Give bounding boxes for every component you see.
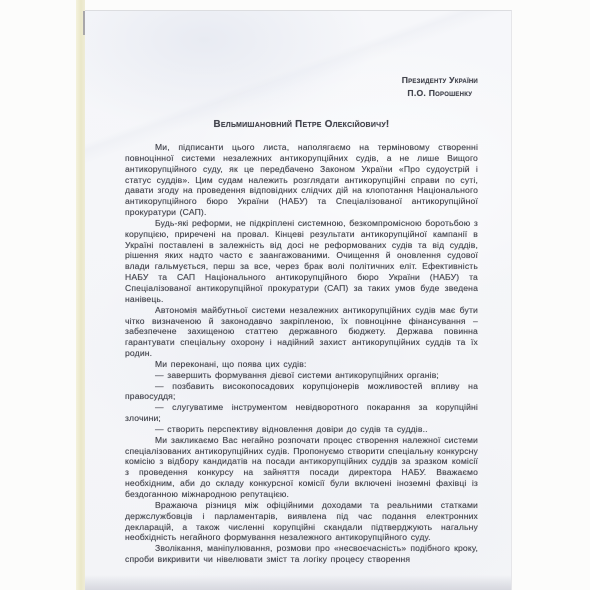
letter-page: Президенту України П.О. Порошенку Вельми… [85, 10, 512, 590]
addressee-line-2: П.О. Порошенку [402, 87, 478, 100]
page-bottom-shadow [85, 575, 511, 590]
paragraph-5: Вражаюча різниця між офіційними доходами… [125, 500, 478, 543]
paragraph-1: Ми, підписанти цього листа, наполягаємо … [125, 142, 478, 218]
bullet-item-4: — створить перспективу відновлення довір… [125, 424, 478, 435]
letter-body: Президенту України П.О. Порошенку Вельми… [125, 11, 478, 565]
page-edge-scan-mark [83, 11, 85, 35]
bullets-intro: Ми переконані, що поява цих судів: [125, 359, 478, 370]
bullet-item-2: — позбавить високопосадових корупціонері… [125, 381, 478, 403]
bullet-item-3: — слугуватиме інструментом невідворотног… [125, 402, 478, 424]
addressee-line-1: Президенту України [402, 74, 478, 87]
paragraph-2: Будь-які реформи, не підкріплені системн… [125, 218, 478, 305]
salutation: Вельмишановний Петре Олексійовичу! [125, 119, 478, 131]
page-left-edge-strip [76, 0, 85, 590]
paragraph-4: Ми закликаємо Вас негайно розпочати проц… [125, 435, 478, 500]
bullet-item-1: — завершить формування дієвої системи ан… [125, 370, 478, 381]
scanned-letter: Президенту України П.О. Порошенку Вельми… [0, 0, 590, 590]
paragraph-6: Зволікання, маніпулювання, розмови про «… [125, 543, 478, 565]
paragraph-3: Автономія майбутньої системи незалежних … [125, 305, 478, 359]
addressee-block: Президенту України П.О. Порошенку [402, 74, 478, 100]
